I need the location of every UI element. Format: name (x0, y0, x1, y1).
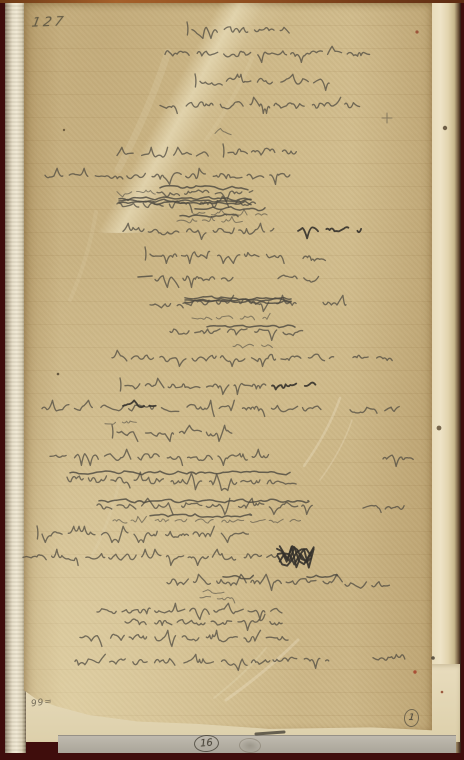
manuscript-page (24, 3, 432, 731)
paper-crease (74, 3, 314, 233)
binding-edge (5, 3, 26, 753)
scan-frame: 127 99= 1 16 (0, 0, 464, 760)
page-number: 127 (31, 14, 68, 30)
frame-top-edge (0, 0, 464, 3)
